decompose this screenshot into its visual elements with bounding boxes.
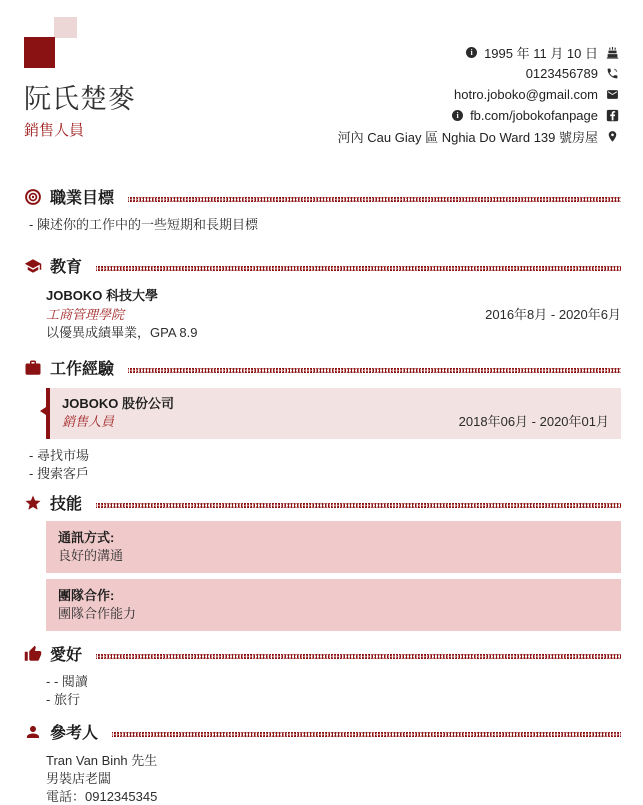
skill-desc: 團隊合作能力 (58, 605, 609, 623)
school-name: JOBOKO 科技大學 (46, 286, 621, 305)
candidate-job-title: 銷售人員 (24, 122, 84, 140)
reference-title: 男裝店老闆 (46, 770, 621, 788)
birthday-cake-icon (605, 45, 619, 59)
section-title: 工作經驗 (50, 356, 114, 379)
section-title: 教育 (50, 254, 82, 277)
section-divider (128, 197, 621, 202)
experience-date: 2018年06月 - 2020年01月 (459, 413, 609, 431)
contact-list: i 1995 年 11 月 10 日 0123456789 hotro.jobo… (338, 45, 619, 143)
contact-phone: 0123456789 (526, 66, 619, 80)
company-name: JOBOKO 股份公司 (62, 395, 609, 413)
location-pin-icon (605, 129, 619, 143)
hobby-item: - - 閱讀 (46, 673, 621, 691)
section-skills-header: 技能 (24, 491, 621, 514)
section-experience: 工作經驗 JOBOKO 股份公司 銷售人員 2018年06月 - 2020年01… (24, 356, 621, 483)
person-icon (24, 723, 42, 741)
contact-address: 河內 Cau Giay 區 Nghia Do Ward 139 號房屋 (338, 129, 619, 143)
contact-birthday: i 1995 年 11 月 10 日 (466, 45, 619, 59)
skill-entry: 團隊合作: 團隊合作能力 (46, 579, 621, 631)
section-references-header: 參考人 (24, 720, 621, 743)
section-divider (112, 732, 621, 737)
contact-email: hotro.joboko@gmail.com (454, 87, 619, 101)
experience-item: - 尋找市場 (29, 447, 621, 465)
section-education: 教育 JOBOKO 科技大學 工商管理學院 2016年8月 - 2020年6月 … (24, 254, 621, 342)
skill-desc: 良好的溝通 (58, 547, 609, 565)
section-title: 愛好 (50, 642, 82, 665)
faculty-name: 工商管理學院 (46, 305, 124, 324)
reference-name: Tran Van Binh 先生 (46, 752, 621, 770)
skill-entry: 通訊方式: 良好的溝通 (46, 521, 621, 573)
section-title: 技能 (50, 491, 82, 514)
timeline-arrow (40, 407, 46, 415)
section-divider (96, 503, 621, 508)
contact-address-text: 河內 Cau Giay 區 Nghia Do Ward 139 號房屋 (338, 127, 598, 146)
info-icon: i (452, 110, 463, 121)
section-title: 職業目標 (50, 185, 114, 208)
section-skills: 技能 通訊方式: 良好的溝通 團隊合作: 團隊合作能力 (24, 491, 621, 631)
section-experience-header: 工作經驗 (24, 356, 621, 379)
experience-item: - 搜索客戶 (29, 465, 621, 483)
section-divider (128, 368, 621, 373)
contact-facebook-text: fb.com/jobokofanpage (470, 108, 598, 123)
star-icon (24, 494, 42, 512)
decor-square-pink (54, 17, 77, 38)
section-education-header: 教育 (24, 254, 621, 277)
contact-phone-text: 0123456789 (526, 66, 598, 81)
section-title: 參考人 (50, 720, 98, 743)
phone-icon (605, 66, 619, 80)
education-note: 以優異成績畢業，GPA 8.9 (46, 324, 621, 342)
bullseye-icon (24, 188, 42, 206)
objective-item: - 陳述你的工作中的一些短期和長期目標 (29, 216, 621, 234)
thumbs-up-icon (24, 645, 42, 663)
skill-name: 團隊合作: (58, 587, 609, 605)
email-icon (605, 87, 619, 101)
contact-email-text: hotro.joboko@gmail.com (454, 87, 598, 102)
candidate-name: 阮氏楚麥 (24, 84, 136, 114)
graduation-cap-icon (24, 257, 42, 275)
section-objective: 職業目標 - 陳述你的工作中的一些短期和長期目標 (24, 185, 621, 234)
role-name: 銷售人員 (62, 413, 114, 431)
experience-entry: JOBOKO 股份公司 銷售人員 2018年06月 - 2020年01月 (46, 388, 621, 439)
section-divider (96, 654, 621, 659)
contact-facebook: i fb.com/jobokofanpage (452, 108, 619, 122)
skill-name: 通訊方式: (58, 529, 609, 547)
contact-birthday-text: 1995 年 11 月 10 日 (484, 43, 598, 62)
hobby-item: - 旅行 (46, 691, 621, 709)
section-hobbies-header: 愛好 (24, 642, 621, 665)
section-hobbies: 愛好 - - 閱讀 - 旅行 (24, 642, 621, 709)
resume-page: 阮氏楚麥 銷售人員 i 1995 年 11 月 10 日 0123456789 … (0, 0, 643, 805)
decor-square-dark-red (24, 37, 55, 68)
education-date: 2016年8月 - 2020年6月 (485, 305, 621, 324)
section-references: 參考人 Tran Van Binh 先生 男裝店老闆 電話：0912345345 (24, 720, 621, 805)
facebook-icon (605, 108, 619, 122)
section-divider (96, 266, 621, 271)
briefcase-icon (24, 359, 42, 377)
info-icon: i (466, 47, 477, 58)
section-objective-header: 職業目標 (24, 185, 621, 208)
reference-phone: 電話：0912345345 (46, 788, 621, 805)
